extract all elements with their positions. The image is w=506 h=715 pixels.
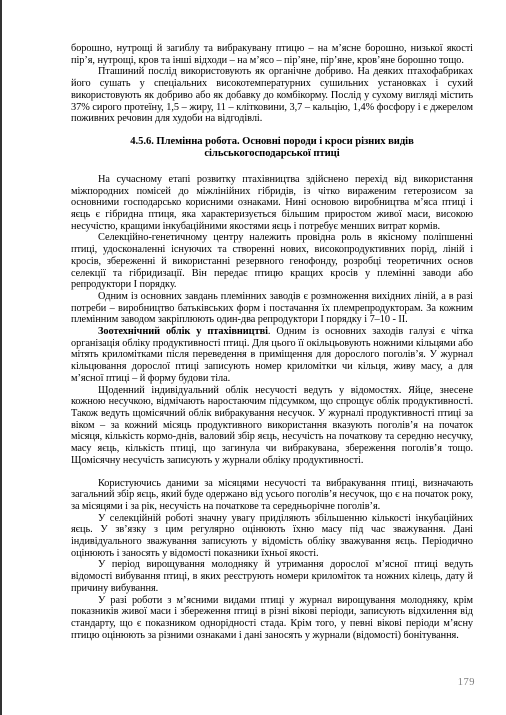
bold-lead-text: Зоотехнічний облік у птахівництві xyxy=(98,326,268,337)
paragraph-with-bold-lead: Зоотехнічний облік у птахівництві. Одним… xyxy=(71,326,473,385)
scan-edge-artifact xyxy=(0,0,2,715)
paragraph: Селекційно-генетичному центру належить п… xyxy=(71,232,473,291)
paragraph: Щоденний індивідуальний облік несучості … xyxy=(71,385,473,467)
document-page: борошно, нутрощі й загиблу та вибракуван… xyxy=(0,0,506,715)
paragraph: У період вирощування молодняку й утриман… xyxy=(71,559,473,594)
paragraph: На сучасному етапі розвитку птахівництва… xyxy=(71,174,473,233)
paragraph: Користуючись даними за місяцями несучост… xyxy=(71,478,473,513)
paragraph: У селекційній роботі значну увагу приділ… xyxy=(71,513,473,560)
paragraph: У разі роботи з м’ясними видами птиці у … xyxy=(71,595,473,642)
page-number: 179 xyxy=(458,677,475,688)
paragraph: Одним із основних завдань племінних заво… xyxy=(71,291,473,326)
paragraph-continuation: борошно, нутрощі й загиблу та вибракуван… xyxy=(71,43,473,66)
section-heading: 4.5.6. Племінна робота. Основні породи і… xyxy=(77,136,467,161)
text-block: борошно, нутрощі й загиблу та вибракуван… xyxy=(71,43,473,641)
paragraph: Пташиний послід використовують як органі… xyxy=(71,66,473,125)
